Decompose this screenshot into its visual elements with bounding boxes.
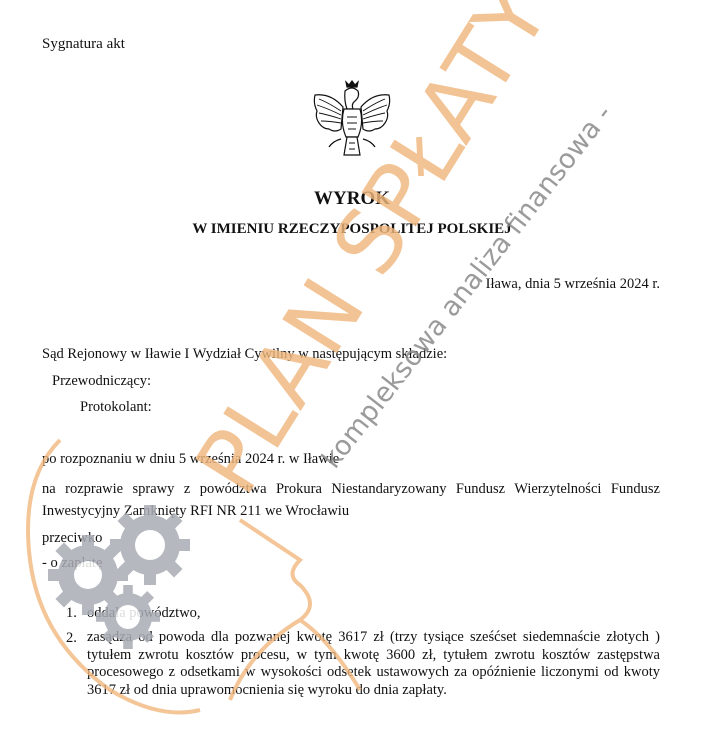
ruling-item: oddala powództwo, xyxy=(87,604,201,622)
hearing-line: po rozpoznaniu w dniu 5 września 2024 r.… xyxy=(42,450,339,468)
ruling-number: 1. xyxy=(66,604,77,622)
ruling-number: 2. xyxy=(66,629,77,647)
presiding-label: Przewodniczący: xyxy=(52,372,151,390)
polish-eagle-emblem-icon xyxy=(311,77,393,161)
ruling-item: zasądza od powoda dla pozwanej kwotę 361… xyxy=(87,629,660,699)
court-line: Sąd Rejonowy w Iławie I Wydział Cywilny … xyxy=(42,345,447,363)
document-subtitle: W IMIENIU RZECZYPOSPOLITEJ POLSKIEJ xyxy=(0,220,704,238)
clerk-label: Protokolant: xyxy=(80,398,152,416)
signature-label: Sygnatura akt xyxy=(42,35,125,53)
place-date: Iława, dnia 5 września 2024 r. xyxy=(486,275,660,293)
subject-label: - o zapłatę xyxy=(42,554,102,572)
against-label: przeciwko xyxy=(42,529,102,547)
document-page: Sygnatura akt WYROK W IMIENIU RZECZYPOSP… xyxy=(0,0,704,730)
document-title: WYROK xyxy=(0,190,704,208)
case-line-2: Inwestycyjny Zamknięty RFI NR 211 we Wro… xyxy=(42,502,349,520)
